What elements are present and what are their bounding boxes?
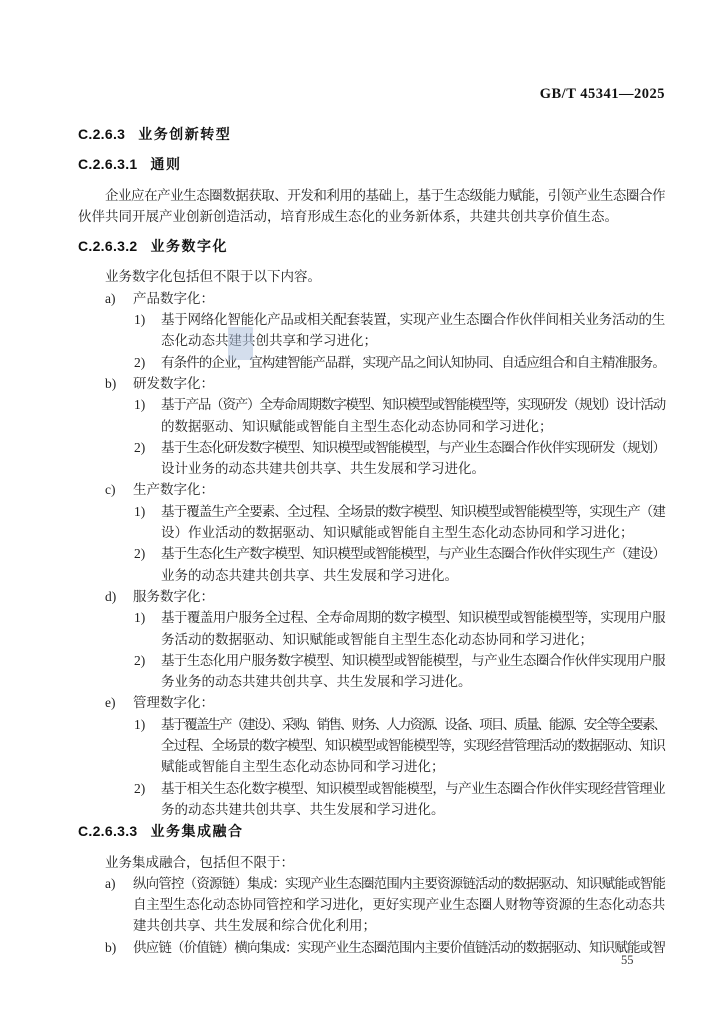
sub-item-line: 1)基于覆盖生产（建设）、采购、销售、财务、人力资源、设备、项目、质量、能源、安… — [78, 714, 665, 735]
list-marker: 2) — [134, 352, 145, 373]
text-line: 基于覆盖生产（建设）、采购、销售、财务、人力资源、设备、项目、质量、能源、安全等… — [161, 717, 665, 732]
sub-item-line: 1)基于覆盖用户服务全过程、全寿命周期的数字模型、知识模型或智能模型等，实现用户… — [78, 607, 665, 628]
section-title: 业务创新转型 — [138, 126, 231, 142]
section-heading: C.2.6.3.1通则 — [78, 154, 665, 175]
section-number: C.2.6.3.1 — [78, 156, 138, 172]
text-line: 服务数字化： — [133, 589, 214, 604]
section-heading: C.2.6.3.3业务集成融合 — [78, 821, 665, 842]
text-line: 基于生态化生产数字模型、知识模型或智能模型，与产业生态圈合作伙伴实现生产（建设） — [161, 546, 665, 561]
list-marker: 1) — [134, 714, 145, 735]
document-page: GB/T 45341—2025 C.2.6.3业务创新转型C.2.6.3.1通则… — [0, 0, 726, 1031]
text-line: 企业应在产业生态圈数据获取、开发和利用的基础上，基于生态级能力赋能，引领产业生态… — [105, 188, 665, 203]
list-marker: c) — [105, 479, 116, 500]
list-item-line: e)管理数字化： — [78, 692, 665, 713]
text-line: 的数据驱动、知识赋能或智能自主型生态化动态协同和学习进化； — [161, 419, 553, 434]
list-marker: 1) — [134, 309, 145, 330]
list-marker: 2) — [134, 543, 145, 564]
sub-item-line: 务活动的数据驱动、知识赋能或智能自主型生态化动态协同和学习进化； — [78, 629, 665, 650]
text-line: 基于相关生态化数字模型、知识模型或智能模型，与产业生态圈合作伙伴实现经营管理业 — [161, 781, 665, 796]
paragraph-line: 业务集成融合，包括但不限于： — [78, 852, 665, 873]
list-marker: 1) — [134, 394, 145, 415]
list-item-line: 建共创共享、共生发展和综合优化利用； — [78, 915, 665, 936]
list-marker: b) — [105, 937, 116, 958]
paragraph-line: 企业应在产业生态圈数据获取、开发和利用的基础上，基于生态级能力赋能，引领产业生态… — [78, 185, 665, 206]
list-item-line: d)服务数字化： — [78, 586, 665, 607]
text-line: 设）作业活动的数据驱动、知识赋能或智能自主型生态化动态协同和学习进化； — [161, 525, 634, 540]
list-marker: 1) — [134, 607, 145, 628]
text-line: 基于生态化研发数字模型、知识模型或智能模型，与产业生态圈合作伙伴实现研发（规划） — [161, 440, 665, 455]
sub-item-line: 2)基于生态化研发数字模型、知识模型或智能模型，与产业生态圈合作伙伴实现研发（规… — [78, 437, 665, 458]
sub-item-line: 全过程、全场景的数字模型、知识模型或智能模型等，实现经营管理活动的数据驱动、知识 — [78, 735, 665, 756]
text-line: 务业务的动态共建共创共享、共生发展和学习进化。 — [161, 674, 472, 689]
text-line: 业务的动态共建共创共享、共生发展和学习进化。 — [161, 568, 458, 583]
page-body-text: C.2.6.3业务创新转型C.2.6.3.1通则企业应在产业生态圈数据获取、开发… — [78, 122, 665, 958]
text-line: 建共创共享、共生发展和综合优化利用； — [133, 918, 376, 933]
text-line: 设计业务的动态共建共创共享、共生发展和学习进化。 — [161, 461, 485, 476]
text-line: 基于覆盖生产全要素、全过程、全场景的数字模型、知识模型或智能模型等，实现生产（建 — [161, 504, 665, 519]
sub-item-line: 设计业务的动态共建共创共享、共生发展和学习进化。 — [78, 458, 665, 479]
text-line: 生产数字化： — [133, 482, 214, 497]
sub-item-line: 业务的动态共建共创共享、共生发展和学习进化。 — [78, 565, 665, 586]
list-item-line: b)供应链（价值链）横向集成：实现产业生态圈范围内主要价值链活动的数据驱动、知识… — [78, 937, 665, 958]
section-heading: C.2.6.3.2业务数字化 — [78, 236, 665, 257]
sub-item-line: 2)有条件的企业，宜构建智能产品群，实现产品之间认知协同、自适应组合和自主精准服… — [78, 352, 665, 373]
list-marker: a) — [105, 288, 116, 309]
section-title: 业务集成融合 — [151, 823, 244, 839]
list-marker: 1) — [134, 501, 145, 522]
sub-item-line: 2)基于相关生态化数字模型、知识模型或智能模型，与产业生态圈合作伙伴实现经营管理… — [78, 778, 665, 799]
sub-item-line: 态化动态共建共创共享和学习进化； — [78, 330, 665, 351]
list-item-line: a)纵向管控（资源链）集成：实现产业生态圈范围内主要资源链活动的数据驱动、知识赋… — [78, 873, 665, 894]
list-item-line: a)产品数字化： — [78, 288, 665, 309]
list-marker: 2) — [134, 650, 145, 671]
text-line: 务的动态共建共创共享、共生发展和学习进化。 — [161, 802, 445, 817]
section-title: 业务数字化 — [151, 238, 229, 254]
text-line: 基于覆盖用户服务全过程、全寿命周期的数字模型、知识模型或智能模型等，实现用户服 — [161, 610, 665, 625]
text-line: 基于生态化用户服务数字模型、知识模型或智能模型，与产业生态圈合作伙伴实现用户服 — [161, 653, 665, 668]
text-line: 态化动态共建共创共享和学习进化； — [161, 333, 377, 348]
text-line: 业务集成融合，包括但不限于： — [105, 855, 294, 870]
sub-item-line: 1)基于产品（资产）全寿命周期数字模型、知识模型或智能模型等，实现研发（规划）设… — [78, 394, 665, 415]
sub-item-line: 设）作业活动的数据驱动、知识赋能或智能自主型生态化动态协同和学习进化； — [78, 522, 665, 543]
sub-item-line: 务的动态共建共创共享、共生发展和学习进化。 — [78, 799, 665, 820]
text-line: 伙伴共同开展产业创新创造活动，培育形成生态化的业务新体系，共建共创共享价值生态。 — [78, 209, 618, 224]
section-number: C.2.6.3.2 — [78, 238, 138, 254]
sub-item-line: 赋能或智能自主型生态化动态协同和学习进化； — [78, 756, 665, 777]
sub-item-line: 1)基于网络化智能化产品或相关配套装置，实现产业生态圈合作伙伴间相关业务活动的生 — [78, 309, 665, 330]
sub-item-line: 的数据驱动、知识赋能或智能自主型生态化动态协同和学习进化； — [78, 416, 665, 437]
standard-code-header: GB/T 45341—2025 — [540, 86, 665, 103]
text-line: 务活动的数据驱动、知识赋能或智能自主型生态化动态协同和学习进化； — [161, 632, 593, 647]
selection-highlight — [228, 327, 253, 360]
list-marker: b) — [105, 373, 116, 394]
sub-item-line: 2)基于生态化用户服务数字模型、知识模型或智能模型，与产业生态圈合作伙伴实现用户… — [78, 650, 665, 671]
text-line: 基于网络化智能化产品或相关配套装置，实现产业生态圈合作伙伴间相关业务活动的生 — [161, 312, 665, 327]
section-number: C.2.6.3 — [78, 126, 125, 142]
text-line: 赋能或智能自主型生态化动态协同和学习进化； — [161, 759, 445, 774]
text-line: 自主型生态化动态协同管控和学习进化，更好实现产业生态圈人财物等资源的生态化动态共 — [133, 897, 665, 912]
text-line: 研发数字化： — [133, 376, 214, 391]
list-marker: 2) — [134, 437, 145, 458]
list-marker: 2) — [134, 778, 145, 799]
page-number: 55 — [621, 953, 634, 968]
paragraph-line: 业务数字化包括但不限于以下内容。 — [78, 266, 665, 287]
list-item-line: 自主型生态化动态协同管控和学习进化，更好实现产业生态圈人财物等资源的生态化动态共 — [78, 894, 665, 915]
text-line: 纵向管控（资源链）集成：实现产业生态圈范围内主要资源链活动的数据驱动、知识赋能或… — [133, 876, 665, 891]
section-number: C.2.6.3.3 — [78, 823, 138, 839]
section-title: 通则 — [151, 156, 182, 172]
list-item-line: c)生产数字化： — [78, 479, 665, 500]
text-line: 供应链（价值链）横向集成：实现产业生态圈范围内主要价值链活动的数据驱动、知识赋能… — [133, 940, 665, 955]
text-line: 全过程、全场景的数字模型、知识模型或智能模型等，实现经营管理活动的数据驱动、知识 — [161, 738, 665, 753]
sub-item-line: 务业务的动态共建共创共享、共生发展和学习进化。 — [78, 671, 665, 692]
text-line: 产品数字化： — [133, 291, 214, 306]
sub-item-line: 2)基于生态化生产数字模型、知识模型或智能模型，与产业生态圈合作伙伴实现生产（建… — [78, 543, 665, 564]
text-line: 业务数字化包括但不限于以下内容。 — [105, 269, 321, 284]
text-line: 管理数字化： — [133, 695, 214, 710]
list-marker: d) — [105, 586, 116, 607]
section-heading: C.2.6.3业务创新转型 — [78, 124, 665, 145]
paragraph-line: 伙伴共同开展产业创新创造活动，培育形成生态化的业务新体系，共建共创共享价值生态。 — [78, 206, 665, 227]
list-marker: e) — [105, 692, 116, 713]
text-line: 基于产品（资产）全寿命周期数字模型、知识模型或智能模型等，实现研发（规划）设计活… — [161, 397, 665, 412]
list-item-line: b)研发数字化： — [78, 373, 665, 394]
sub-item-line: 1)基于覆盖生产全要素、全过程、全场景的数字模型、知识模型或智能模型等，实现生产… — [78, 501, 665, 522]
list-marker: a) — [105, 873, 116, 894]
